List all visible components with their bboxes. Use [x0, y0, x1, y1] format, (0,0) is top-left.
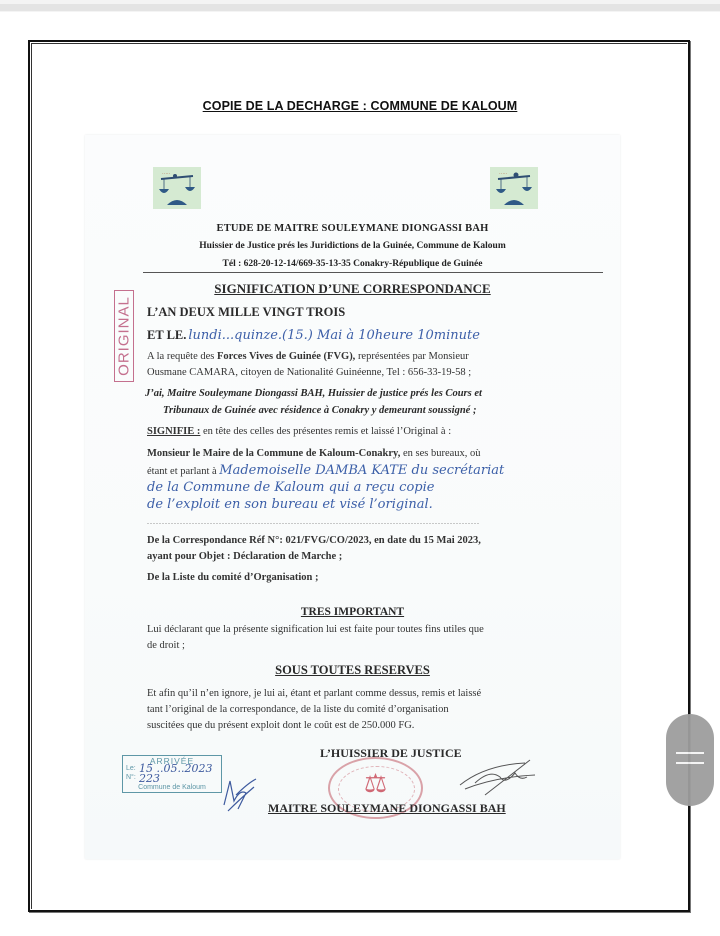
- bailiff-statement-1: J’ai, Maitre Souleymane Diongassi BAH, H…: [145, 388, 482, 399]
- scanned-document: ····· ····· ETUDE DE MAITRE SOULEYMANE D…: [85, 135, 620, 859]
- request-line-2: Ousmane CAMARA, citoyen de Nationalité G…: [147, 367, 471, 378]
- bailiff-signature: [455, 755, 540, 800]
- reserves-heading: SOUS TOUTES RESERVES: [85, 663, 620, 678]
- svg-text:·····: ·····: [162, 172, 171, 177]
- reserves-line-3: suscitées que du présent exploit dont le…: [147, 720, 414, 731]
- reserves-line-2: tant l’original de la correspondance, de…: [147, 704, 449, 715]
- reserves-line-1: Et afin qu’il n’en ignore, je lui ai, ét…: [147, 688, 481, 699]
- request-prefix: A la requête des: [147, 351, 217, 362]
- tres-important-line-2: de droit ;: [147, 640, 185, 651]
- recipient-signature: [220, 775, 260, 813]
- arrival-date-label: Le:: [126, 765, 136, 772]
- signifie-line: SIGNIFIE : en tête des celles des présen…: [147, 426, 451, 437]
- requester-name: Forces Vives de Guinée (FVG),: [217, 351, 355, 362]
- handwritten-date: lundi...quinze.(15.) Mai à 10heure 10min…: [188, 328, 480, 343]
- recipient-name: Monsieur le Maire de la Commune de Kalou…: [147, 448, 400, 459]
- original-stamp: ORIGINAL: [114, 290, 134, 382]
- handwritten-recipient-2: de la Commune de Kaloum qui a reçu copie: [147, 480, 434, 495]
- scales-of-justice-icon: ·····: [153, 167, 201, 209]
- speaking-to-prefix: étant et parlant à: [147, 466, 219, 477]
- recipient-suffix: en ses bureaux, où: [400, 448, 480, 459]
- viewer-top-bar: [0, 0, 720, 12]
- signature-title: L’HUISSIER DE JUSTICE: [320, 746, 462, 761]
- scales-of-justice-icon: ·····: [490, 167, 538, 209]
- handwritten-recipient-3: de l’exploit en son bureau et visé l’ori…: [147, 497, 433, 512]
- reference-line-1: De la Correspondance Réf N°: 021/FVG/CO/…: [147, 535, 481, 546]
- arrival-number-label: N°:: [126, 774, 136, 781]
- signifie-text: en tête des celles des présentes remis e…: [200, 426, 451, 437]
- date-label: ET LE.: [147, 328, 186, 342]
- request-line-1: A la requête des Forces Vives de Guinée …: [147, 351, 469, 362]
- date-line: ET LE.lundi...quinze.(15.) Mai à 10heure…: [147, 328, 480, 343]
- document-heading: SIGNIFICATION D’UNE CORRESPONDANCE: [85, 281, 620, 297]
- letterhead-office: ETUDE DE MAITRE SOULEYMANE DIONGASSI BAH: [85, 223, 620, 234]
- svg-text:·····: ·····: [499, 172, 508, 177]
- dotted-line: ........................................…: [147, 517, 480, 526]
- letterhead-contact: Tél : 628-20-12-14/669-35-13-35 Conakry-…: [85, 259, 620, 269]
- signature-name: MAITRE SOULEYMANE DIONGASSI BAH: [268, 801, 506, 816]
- scales-of-justice-icon: ⚖: [330, 769, 421, 799]
- tres-important-heading: TRES IMPORTANT: [85, 606, 620, 618]
- reference-line-2: ayant pour Objet : Déclaration de Marche…: [147, 551, 342, 562]
- signifie-label: SIGNIFIE :: [147, 426, 200, 437]
- request-suffix: représentées par Monsieur: [355, 351, 468, 362]
- arrival-stamp: ARRIVÉE Le: 15 ..05..2023 N°: 223 Commun…: [122, 755, 222, 793]
- tres-important-line-1: Lui déclarant que la présente significat…: [147, 624, 484, 635]
- letterhead-jurisdiction: Huissier de Justice prés les Juridiction…: [85, 241, 620, 251]
- liste-line: De la Liste du comité d’Organisation ;: [147, 572, 319, 583]
- arrival-commune: Commune de Kaloum: [123, 784, 221, 791]
- page-title: COPIE DE LA DECHARGE : COMMUNE DE KALOUM: [0, 99, 720, 113]
- letterhead-divider: [143, 272, 603, 273]
- bailiff-statement-2: Tribunaux de Guinée avec résidence à Con…: [163, 405, 476, 416]
- scroll-handle[interactable]: [666, 714, 714, 806]
- recipient-line: Monsieur le Maire de la Commune de Kalou…: [147, 448, 481, 459]
- speaking-to-line: étant et parlant à Mademoiselle DAMBA KA…: [147, 463, 504, 478]
- handwritten-recipient-1: Mademoiselle DAMBA KATE du secrétariat: [219, 463, 504, 478]
- year-line: L’AN DEUX MILLE VINGT TROIS: [147, 305, 345, 320]
